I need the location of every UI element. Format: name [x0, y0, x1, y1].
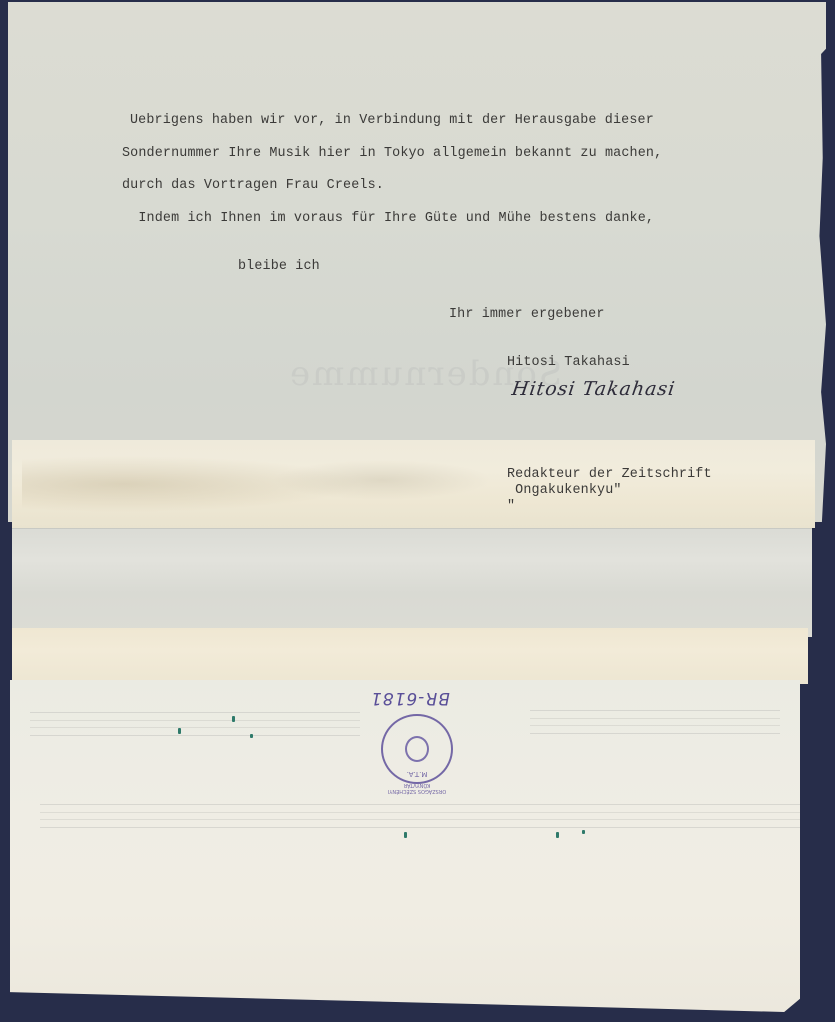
ink-speck — [582, 830, 585, 834]
closing-phrase: bleibe ich — [238, 259, 320, 274]
staff-lines — [530, 710, 780, 734]
ink-speck — [250, 734, 253, 738]
library-stamp: ORSZÁGOS SZÉCHÉNYI KÖNYVTÁR M.T.A. — [381, 714, 453, 784]
folded-sheet-middle — [12, 527, 812, 637]
title-line-3: " — [507, 499, 515, 514]
shelfmark-label: BR-6181 — [370, 688, 450, 708]
salutation: Ihr immer ergebener — [449, 307, 605, 322]
ink-speck — [404, 832, 407, 838]
body-line-1: Uebrigens haben wir vor, in Verbindung m… — [130, 113, 654, 128]
body-line-4: Indem ich Ihnen im voraus für Ihre Güte … — [122, 211, 654, 226]
staff-lines — [30, 712, 360, 736]
coat-of-arms-icon — [405, 736, 429, 762]
handwritten-signature: Hitosi Takahasi — [510, 378, 676, 400]
paper-strip-lower — [12, 628, 808, 684]
title-line-1: Redakteur der Zeitschrift — [507, 467, 712, 482]
title-line-2: Ongakukenkyu" — [507, 483, 622, 498]
body-line-2: Sondernummer Ihre Musik hier in Tokyo al… — [122, 146, 662, 161]
ink-speck — [232, 716, 235, 722]
stamp-text: ORSZÁGOS SZÉCHÉNYI KÖNYVTÁR — [383, 782, 451, 794]
staff-lines — [40, 804, 800, 828]
scanned-letter: Sondernumme Uebrigens haben wir vor, in … — [0, 0, 835, 1022]
body-line-3: durch das Vortragen Frau Creels. — [122, 178, 384, 193]
paper-strip-upper — [12, 440, 815, 528]
stamp-bottom-text: M.T.A. — [383, 770, 451, 778]
ink-speck — [178, 728, 181, 734]
bleed-through-stain — [272, 460, 492, 500]
typed-name: Hitosi Takahasi — [507, 355, 630, 370]
ink-speck — [556, 832, 559, 838]
